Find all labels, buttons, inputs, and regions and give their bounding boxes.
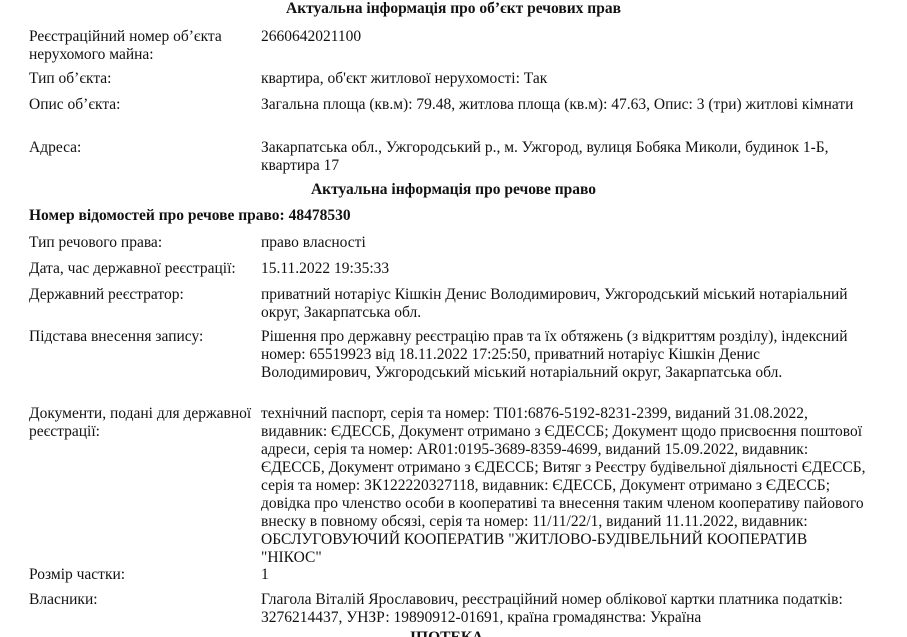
field-label: Документи, подані для державної реєстрац… (29, 405, 254, 441)
field-value: Рішення про державну реєстрацію прав та … (261, 328, 871, 382)
field-label: Розмір частки: (29, 566, 254, 584)
field-label: Державний реєстратор: (29, 286, 254, 304)
field-value: Глагола Віталій Ярославович, реєстраційн… (261, 591, 871, 627)
field-label: Власники: (29, 591, 254, 609)
field-value: 2660642021100 (261, 28, 871, 46)
field-value: 15.11.2022 19:35:33 (261, 260, 871, 278)
field-label: Дата, час державної реєстрації: (29, 260, 254, 278)
field-value: Закарпатська обл., Ужгородський р., м. У… (261, 139, 871, 175)
cut-off-heading: ІПОТЕКА (410, 629, 483, 637)
field-label: Адреса: (29, 139, 254, 157)
field-value: приватний нотаріус Кішкін Денис Володими… (261, 286, 871, 322)
field-label: Тип об’єкта: (29, 70, 254, 88)
field-value: Загальна площа (кв.м): 79.48, житлова пл… (261, 96, 871, 114)
field-value: право власності (261, 234, 871, 252)
field-value: квартира, об'єкт житлової нерухомості: Т… (261, 70, 871, 88)
field-label: Реєстраційний номер об’єкта нерухомого м… (29, 28, 254, 64)
field-label: Підстава внесення запису: (29, 328, 254, 346)
record-number-line: Номер відомостей про речове право: 48478… (29, 207, 351, 225)
field-label: Тип речового права: (29, 234, 254, 252)
object-section-title: Актуальна інформація про об’єкт речових … (0, 0, 907, 18)
field-value: технічний паспорт, серія та номер: ТІ01:… (261, 405, 871, 567)
right-section-title: Актуальна інформація про речове право (0, 181, 907, 199)
field-value: 1 (261, 566, 871, 584)
field-label: Опис об’єкта: (29, 96, 254, 114)
